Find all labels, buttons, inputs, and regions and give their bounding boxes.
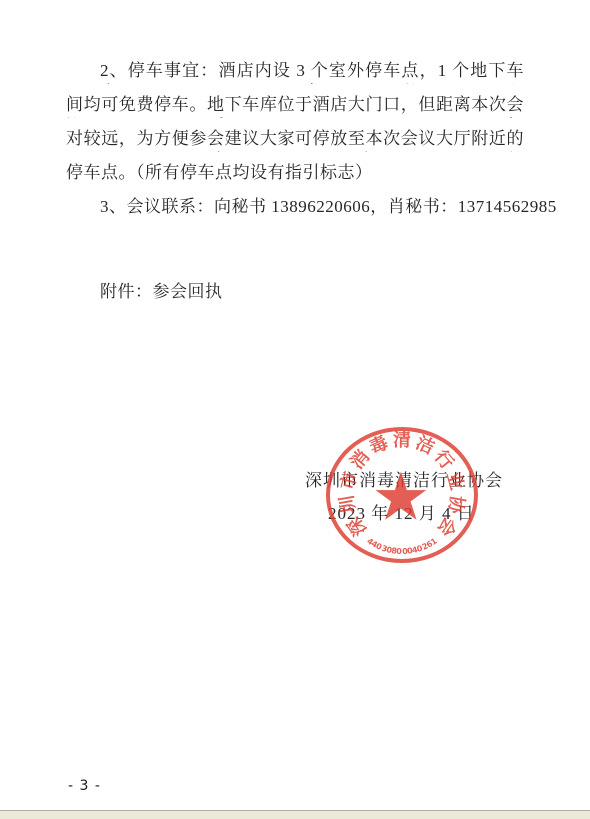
stamp-serial-digit: 0	[384, 545, 394, 556]
stamp-arc-char: 清	[392, 430, 412, 450]
stamp-serial-digit: 2	[420, 541, 431, 552]
body-line: 2、停车事宜：酒店内设 3 个室外停车点，1 个地下车库，会议期	[100, 60, 524, 84]
footer-strip	[0, 810, 590, 819]
stamp-serial-digit: 0	[401, 547, 409, 556]
stamp-serial-digit: 0	[373, 541, 384, 552]
body-line: 间均可免费停车。地下车库位于酒店大门口，但距离本次会议大厅相	[66, 94, 524, 118]
stamp-serial-digit: 8	[389, 546, 398, 556]
body-line: 停车点。（所有停车点均设有指引标志）	[66, 162, 373, 184]
stamp-serial-digit: 4	[369, 538, 380, 550]
attachment-line: 附件：参会回执	[100, 281, 223, 303]
contact-line: 3、会议联系：向秘书 13896220606，肖秘书：13714562985	[100, 196, 557, 218]
stamp-serial-digit: 1	[428, 536, 440, 548]
stamp-serial-digit: 6	[424, 538, 435, 550]
stamp-serial-digit: 0	[414, 543, 424, 554]
stamp-serial-digit: 0	[405, 546, 414, 556]
stamp-ring	[326, 427, 478, 563]
document-page: 2、停车事宜：酒店内设 3 个室外停车点，1 个地下车库，会议期 间均可免费停车…	[0, 0, 590, 819]
stamp-serial-digit: 4	[364, 536, 376, 548]
stamp-arc-char: 洁	[412, 432, 439, 459]
signature-date: 2023 年 12 月 4 日	[328, 499, 475, 524]
page-number: - 3 -	[68, 778, 101, 794]
signature-organization: 深圳市消毒清洁行业协会	[305, 466, 503, 491]
body-line: 对较远，为方便参会建议大家可停放至本次会议大厅附近的 3 个室外	[66, 128, 524, 152]
stamp-serial-digit: 0	[395, 547, 403, 556]
stamp-serial-digit: 4	[410, 545, 420, 556]
official-stamp: ★ 深 圳 市 消 毒 清 洁 行 业 协 会 4 4 0 3 0 8 0 0 …	[326, 427, 478, 563]
stamp-arc-char: 毒	[365, 432, 392, 459]
stamp-serial-digit: 3	[379, 543, 389, 554]
